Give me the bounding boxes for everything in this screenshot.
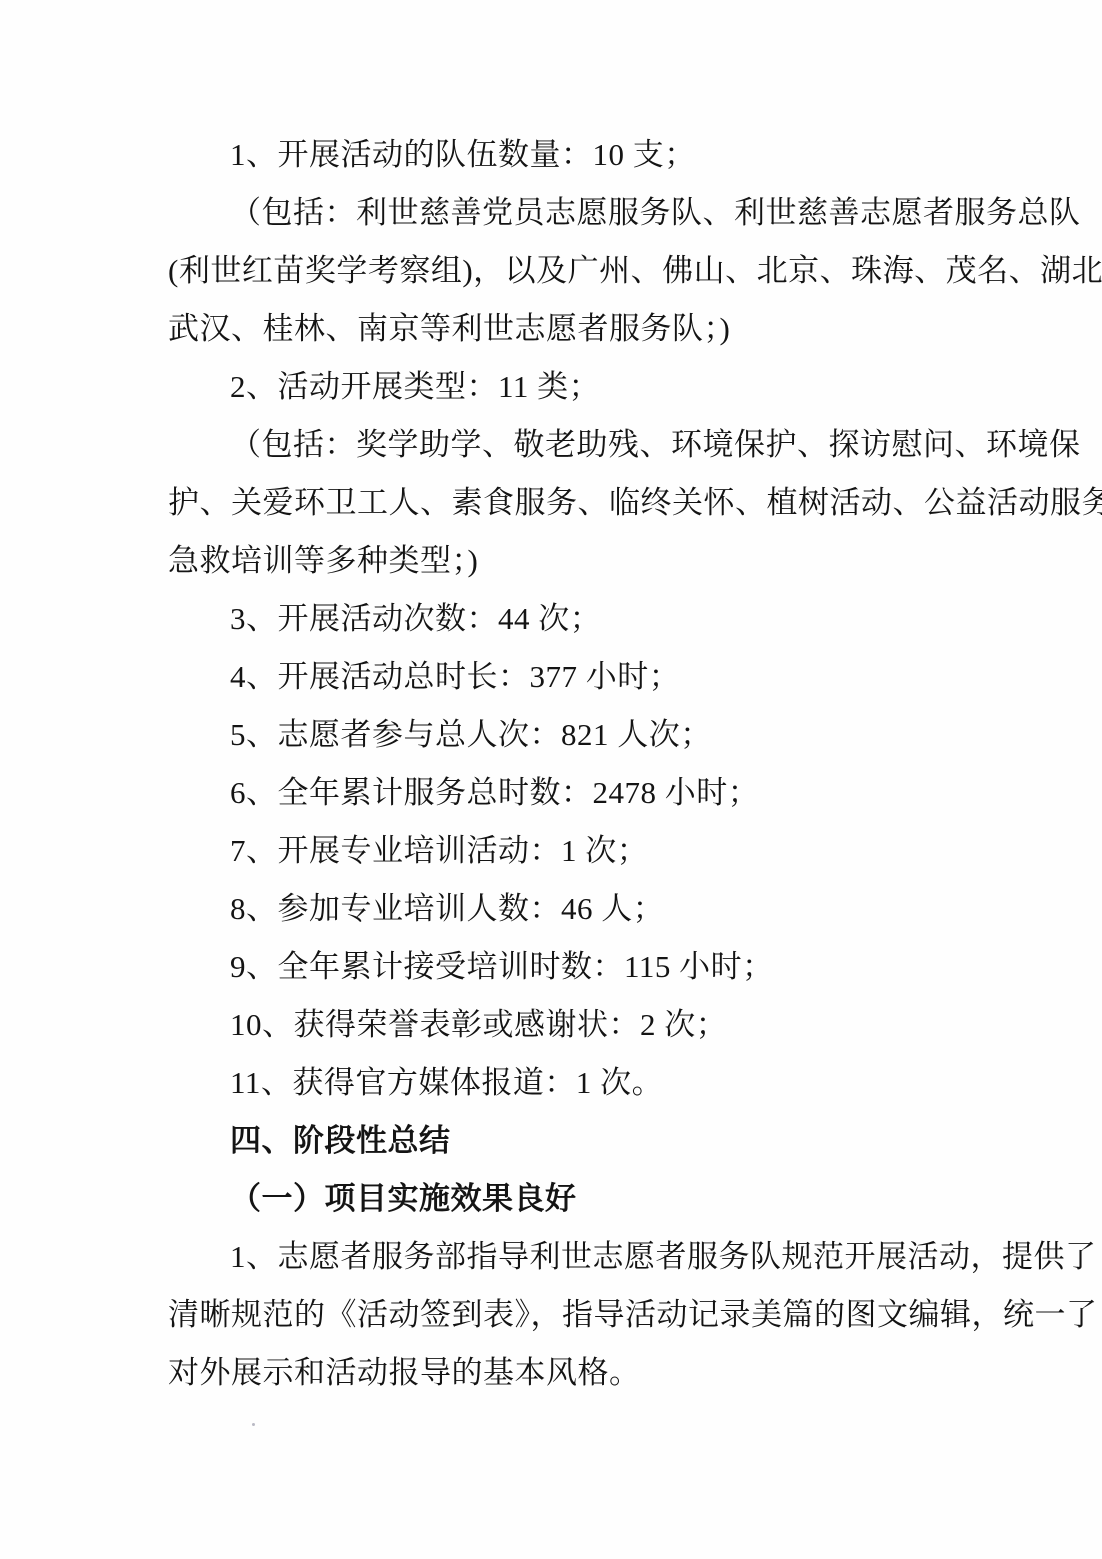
heading-line: 四、阶段性总结 — [168, 1112, 958, 1170]
text-line: 护、关爱环卫工人、素食服务、临终关怀、植树活动、公益活动服务、 — [168, 474, 958, 532]
scan-artifact-dot — [252, 1423, 255, 1426]
text-line: 3、开展活动次数：44 次； — [168, 590, 958, 648]
text-line: 10、获得荣誉表彰或感谢状：2 次； — [168, 996, 958, 1054]
text-line: 6、全年累计服务总时数：2478 小时； — [168, 764, 958, 822]
text-line: 1、开展活动的队伍数量：10 支； — [168, 126, 958, 184]
text-line: 9、全年累计接受培训时数：115 小时； — [168, 938, 958, 996]
text-line: 清晰规范的《活动签到表》，指导活动记录美篇的图文编辑，统一了 — [168, 1286, 958, 1344]
text-line: 对外展示和活动报导的基本风格。 — [168, 1344, 958, 1402]
text-line: 7、开展专业培训活动：1 次； — [168, 822, 958, 880]
text-line: 8、参加专业培训人数：46 人； — [168, 880, 958, 938]
text-line: (利世红苗奖学考察组)，以及广州、佛山、北京、珠海、茂名、湖北 — [168, 242, 958, 300]
text-line: 5、志愿者参与总人次：821 人次； — [168, 706, 958, 764]
text-line: 2、活动开展类型：11 类； — [168, 358, 958, 416]
text-line: 11、获得官方媒体报道：1 次。 — [168, 1054, 958, 1112]
text-line: 4、开展活动总时长：377 小时； — [168, 648, 958, 706]
text-line: 武汉、桂林、南京等利世志愿者服务队；) — [168, 300, 958, 358]
heading-line: （一）项目实施效果良好 — [168, 1170, 958, 1228]
document-page: 1、开展活动的队伍数量：10 支；（包括：利世慈善党员志愿服务队、利世慈善志愿者… — [0, 0, 1102, 1559]
text-line: （包括：奖学助学、敬老助残、环境保护、探访慰问、环境保 — [168, 416, 958, 474]
text-line: 急救培训等多种类型；) — [168, 532, 958, 590]
document-body: 1、开展活动的队伍数量：10 支；（包括：利世慈善党员志愿服务队、利世慈善志愿者… — [168, 126, 958, 1402]
text-line: 1、志愿者服务部指导利世志愿者服务队规范开展活动，提供了 — [168, 1228, 958, 1286]
text-line: （包括：利世慈善党员志愿服务队、利世慈善志愿者服务总队 — [168, 184, 958, 242]
